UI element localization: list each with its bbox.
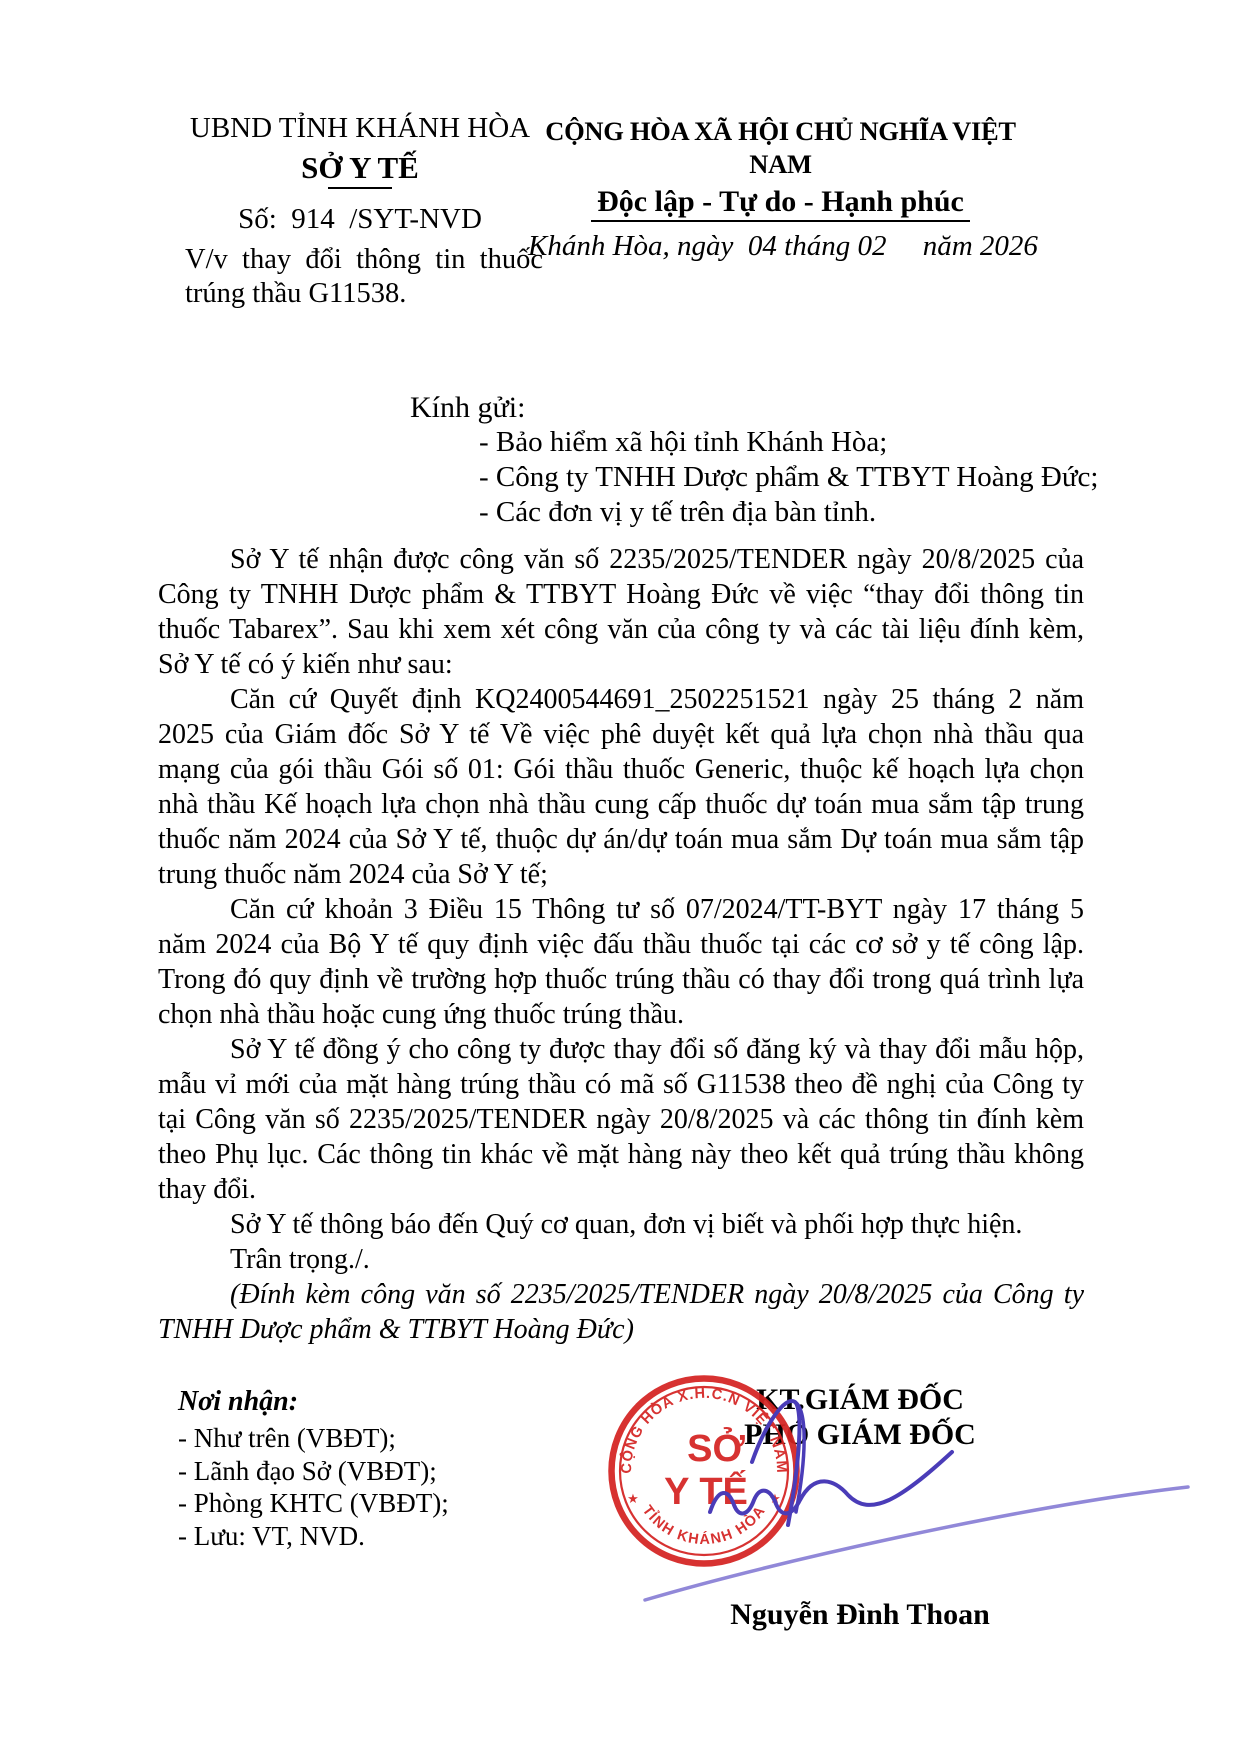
recipient-item: - Các đơn vị y tế trên địa bàn tỉnh.	[479, 495, 1098, 530]
header-national: CỘNG HÒA XÃ HỘI CHỦ NGHĨA VIỆT NAM Độc l…	[528, 112, 1033, 263]
distribution-block: Nơi nhận: - Như trên (VBĐT); - Lãnh đạo …	[178, 1386, 449, 1552]
signature-stroke	[710, 1452, 952, 1514]
distribution-item: - Lãnh đạo Sở (VBĐT);	[178, 1455, 449, 1488]
closing: Trân trọng./.	[158, 1242, 1084, 1277]
distribution-item: - Lưu: VT, NVD.	[178, 1520, 449, 1553]
document-number: Số: 914 /SYT-NVD	[150, 203, 570, 236]
national-title: CỘNG HÒA XÃ HỘI CHỦ NGHĨA VIỆT NAM	[528, 115, 1033, 181]
signature-stroke	[645, 1487, 1188, 1600]
national-motto: Độc lập - Tự do - Hạnh phúc	[591, 185, 970, 222]
place-and-date: Khánh Hòa, ngày 04 tháng 02 năm 2026	[528, 230, 1033, 263]
document-page: UBND TỈNH KHÁNH HÒA SỞ Y TẾ Số: 914 /SYT…	[0, 0, 1241, 1754]
distribution-list: - Như trên (VBĐT); - Lãnh đạo Sở (VBĐT);…	[178, 1422, 449, 1552]
salutation: Kính gửi:	[410, 390, 1098, 425]
paragraph: Căn cứ khoản 3 Điều 15 Thông tư số 07/20…	[158, 892, 1084, 1032]
paragraph: Căn cứ Quyết định KQ2400544691_250225152…	[158, 682, 1084, 892]
paragraph: Sở Y tế đồng ý cho công ty được thay đổi…	[158, 1032, 1084, 1207]
recipient-item: - Công ty TNHH Dược phẩm & TTBYT Hoàng Đ…	[479, 460, 1098, 495]
org-underline	[328, 187, 392, 189]
recipient-item: - Bảo hiểm xã hội tỉnh Khánh Hòa;	[479, 425, 1098, 460]
recipients-block: Kính gửi: - Bảo hiểm xã hội tỉnh Khánh H…	[410, 390, 1098, 530]
signer-name: Nguyễn Đình Thoan	[700, 1598, 1020, 1632]
header-issuing-org: UBND TỈNH KHÁNH HÒA SỞ Y TẾ Số: 914 /SYT…	[150, 112, 570, 236]
handwritten-signature	[560, 1340, 1220, 1630]
paragraph: Sở Y tế nhận được công văn số 2235/2025/…	[158, 542, 1084, 682]
paragraph: Sở Y tế thông báo đến Quý cơ quan, đơn v…	[158, 1207, 1084, 1242]
attachment-note: (Đính kèm công văn số 2235/2025/TENDER n…	[158, 1277, 1084, 1347]
distribution-item: - Phòng KHTC (VBĐT);	[178, 1487, 449, 1520]
org-parent: UBND TỈNH KHÁNH HÒA	[150, 112, 570, 145]
distribution-label: Nơi nhận:	[178, 1386, 449, 1418]
document-subject: V/v thay đổi thông tin thuốc trúng thầu …	[185, 243, 543, 310]
org-name: SỞ Y TẾ	[150, 151, 570, 184]
distribution-item: - Như trên (VBĐT);	[178, 1422, 449, 1455]
document-body: Sở Y tế nhận được công văn số 2235/2025/…	[158, 542, 1084, 1347]
